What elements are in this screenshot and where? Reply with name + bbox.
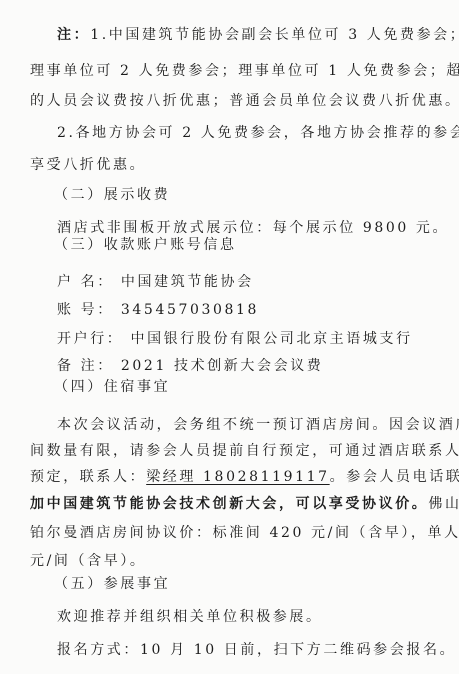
note-item2-line1: 2.各地方协会可 2 人免费参会，各地方协会推荐的参会企业 (57, 124, 453, 142)
remark-row: 备 注： 2021 技术创新大会会议费 (57, 357, 453, 375)
bank-row: 开户行： 中国银行股份有限公司北京主语城支行 (57, 330, 453, 348)
remark-label: 备 注： (57, 357, 114, 375)
account-number-value: 345457030818 (121, 302, 259, 318)
section4-line1: 本次会议活动，会务组不统一预订酒店房间。因会议酒店房 (57, 416, 453, 434)
note-item1-line3: 的人员会议费按八折优惠；普通会员单位会议费八折优惠。 (30, 92, 426, 110)
remark-value: 2021 技术创新大会会议费 (121, 358, 323, 374)
account-number-label: 账 号： (57, 301, 114, 319)
account-name-row: 户 名： 中国建筑节能协会 (57, 273, 453, 291)
document-page: 注：1.中国建筑节能协会副会长单位可 3 人免费参会；常务 理事单位可 2 人免… (0, 0, 459, 674)
bank-label: 开户行： (57, 330, 123, 348)
section4-line2: 间数量有限，请参会人员提前自行预定，可通过酒店联系人直接 (30, 442, 426, 460)
section4-line3: 预定，联系人：梁经理 18028119117。参会人员电话联系时报参 (30, 468, 426, 486)
hotel-contact: 梁经理 18028119117 (146, 469, 329, 485)
section4-heading: （四）住宿事宜 (54, 378, 450, 396)
account-number-row: 账 号： 345457030818 (57, 301, 453, 319)
note-item2-line2: 享受八折优惠。 (30, 156, 426, 174)
account-name-label: 户 名： (57, 273, 114, 291)
bank-value: 中国银行股份有限公司北京主语城支行 (130, 331, 412, 347)
section4-line5: 铂尔曼酒店房间协议价：标准间 420 元/间（含早），单人间 420 (30, 524, 426, 542)
section4-line4: 加中国建筑节能协会技术创新大会，可以享受协议价。佛山顺德 (30, 495, 426, 513)
section5-line2: 报名方式：10 月 10 日前，扫下方二维码参会报名。 (57, 641, 453, 659)
conference-name-highlight: 加中国建筑节能协会技术创新大会，可以享受协议价。 (30, 496, 428, 512)
section4-line6: 元/间（含早）。 (30, 552, 426, 570)
section5-heading: （五）参展事宜 (54, 575, 450, 593)
section2-body: 酒店式非围板开放式展示位：每个展示位 9800 元。 (57, 219, 453, 237)
section5-line1: 欢迎推荐并组织相关单位积极参展。 (57, 608, 453, 626)
section2-heading: （二）展示收费 (54, 186, 450, 204)
note-item1-line2: 理事单位可 2 人免费参会；理事单位可 1 人免费参会；超出名额 (30, 62, 426, 80)
account-name-value: 中国建筑节能协会 (121, 274, 254, 290)
note-prefix: 注： (57, 27, 90, 43)
section3-heading: （三）收款账户账号信息 (54, 236, 450, 254)
note-item1-line1: 注：1.中国建筑节能协会副会长单位可 3 人免费参会；常务 (57, 26, 453, 44)
